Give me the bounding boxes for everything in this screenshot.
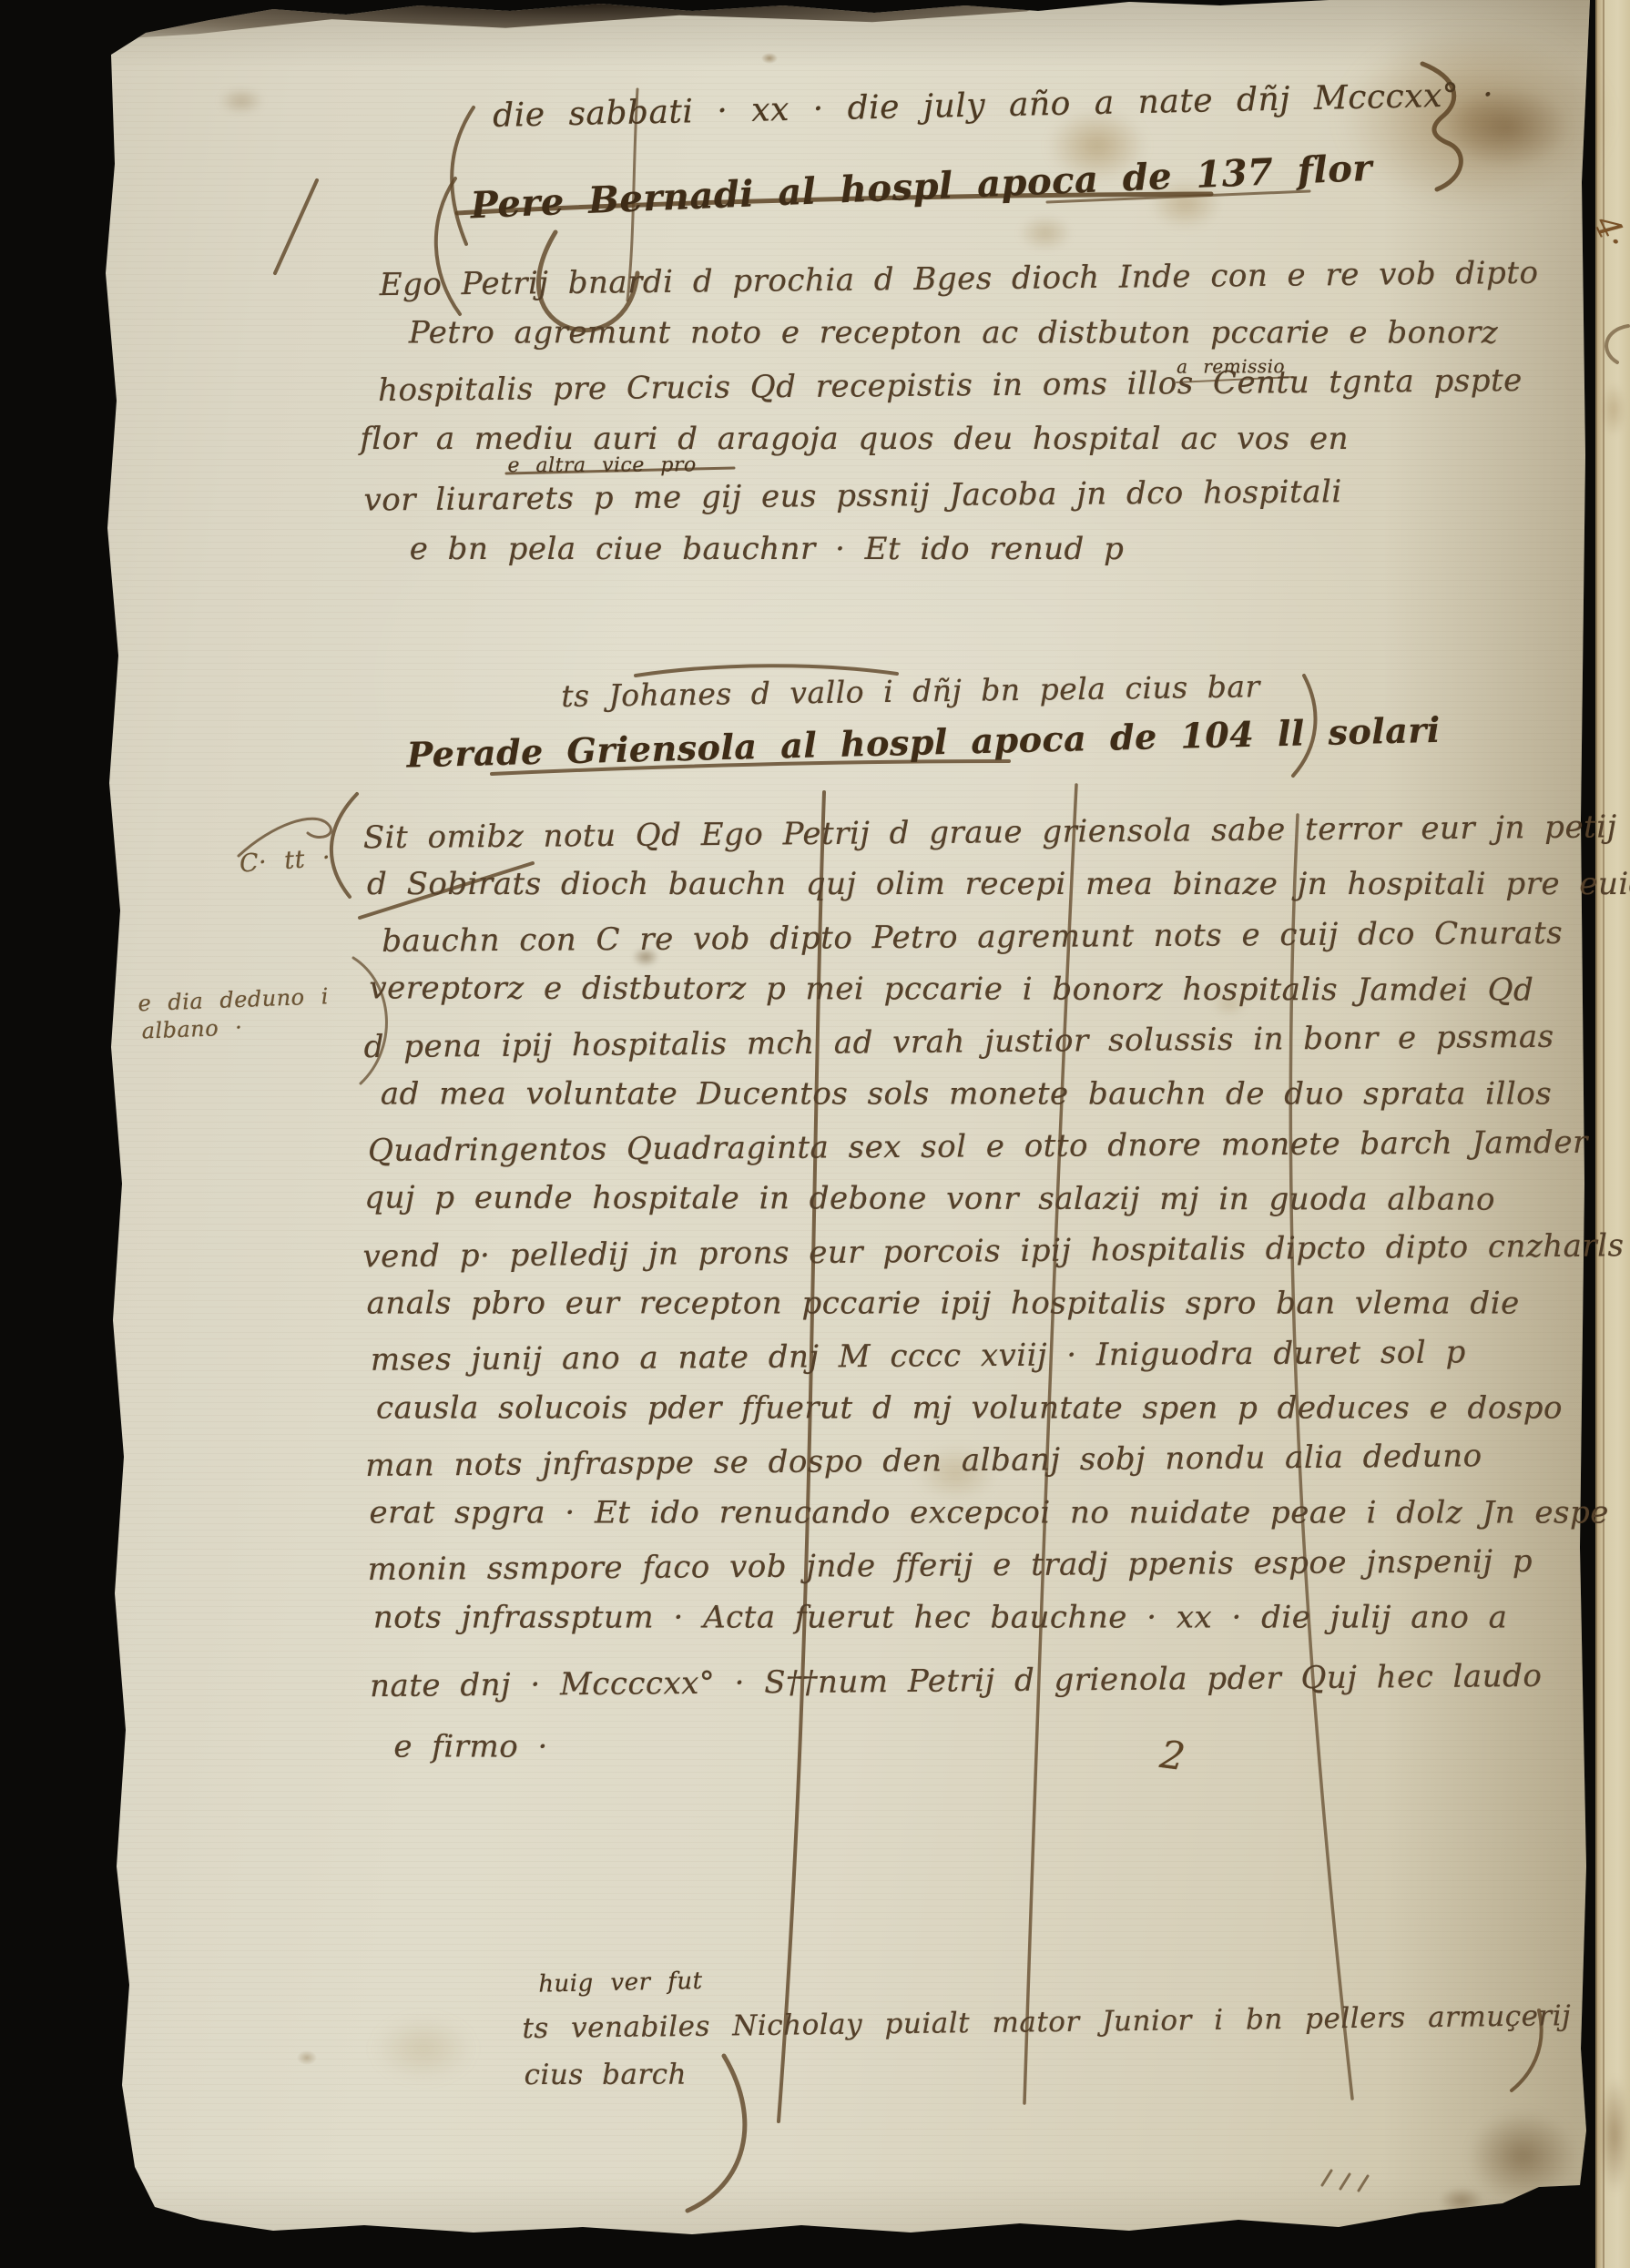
body-line: nots jnfrassptum · Acta fuerut hec bauch… (373, 1600, 1508, 1636)
body-line: d pena ipij hospitalis mch ad vrah justi… (363, 1019, 1554, 1065)
body-line: vereptorz e distbutorz p mei pccarie i b… (369, 970, 1533, 1008)
margin-registration-mark: C· tt · (239, 843, 331, 878)
body-line: Ego Petrij bnardi d prochia d Bges dioch… (380, 255, 1539, 303)
body-line: causla solucois pder ffuerut d mj volunt… (376, 1389, 1563, 1426)
body-line: nate dnj · Mccccxx° · S††num Petrij d gr… (370, 1658, 1543, 1704)
body-line: e firmo · (393, 1728, 547, 1765)
body-line: e bn pela ciue bauchnr · Et ido renud p (410, 531, 1125, 567)
entry-title-griensola: Perade Griensola al hospl apoca de 104 l… (406, 709, 1441, 776)
interlinear-insertion: e altra vice pro (507, 453, 696, 477)
body-line: hospitalis pre Crucis Qd recepistis in o… (378, 362, 1523, 409)
sliver-ink-mark: 4· (1586, 210, 1630, 256)
date-heading: die sabbati · xx · die july año a nate d… (493, 76, 1494, 135)
entry-title-bernadi: Pere Bernadi al hospl apoca de 137 flor (470, 147, 1373, 227)
footer-note: huig ver fut (538, 1968, 703, 1998)
margin-annotation: albano · (141, 1014, 243, 1043)
interlinear-insertion: a remissio (1177, 355, 1285, 377)
body-line: monin ssmpore faco vob jnde fferij e tra… (368, 1543, 1533, 1588)
body-line: Petro agremunt noto e recepton ac distbu… (409, 314, 1498, 351)
body-line: ad mea voluntate Ducentos sols monete ba… (381, 1075, 1552, 1112)
body-line: bauchn con C re vob dipto Petro agremunt… (382, 915, 1563, 960)
body-line: vend p· pelledij jn prons eur porcois ip… (362, 1227, 1624, 1275)
body-line: quj p eunde hospitale in debone vonr sal… (364, 1179, 1495, 1217)
witnesses-line: ts venabiles Nicholay puialt mator Junio… (522, 1999, 1571, 2045)
body-line: mses junij ano a nate dnj M cccc xviij ·… (371, 1334, 1466, 1378)
flourish-hook-mark: 2 (1157, 1732, 1188, 1779)
body-line: d Sobirats dioch bauchn quj olim recepi … (367, 866, 1630, 902)
body-line: flor a mediu auri d aragoja quos deu hos… (360, 421, 1349, 457)
witnesses-line: cius barch (525, 2058, 688, 2091)
margin-annotation: e dia deduno i (138, 983, 329, 1016)
manuscript-photo: die sabbati · xx · die july año a nate d… (0, 0, 1630, 2268)
body-line: erat spgra · Et ido renucando excepcoi n… (369, 1494, 1608, 1531)
body-line: Sit omibz notu Qd Ego Petrij d graue gri… (363, 809, 1617, 856)
body-line: anals pbro eur recepton pccarie ipij hos… (367, 1286, 1520, 1322)
witnesses-line: ts Johanes d vallo i dñj bn pela cius ba… (561, 668, 1260, 714)
body-line: man nots jnfrasppe se dospo den albanj s… (365, 1438, 1482, 1484)
handwriting-layer: die sabbati · xx · die july año a nate d… (0, 0, 1630, 2268)
body-line: Quadringentos Quadraginta sex sol e otto… (368, 1124, 1588, 1169)
body-line: vor liurarets p me gij eus pssnij Jacoba… (363, 473, 1342, 518)
